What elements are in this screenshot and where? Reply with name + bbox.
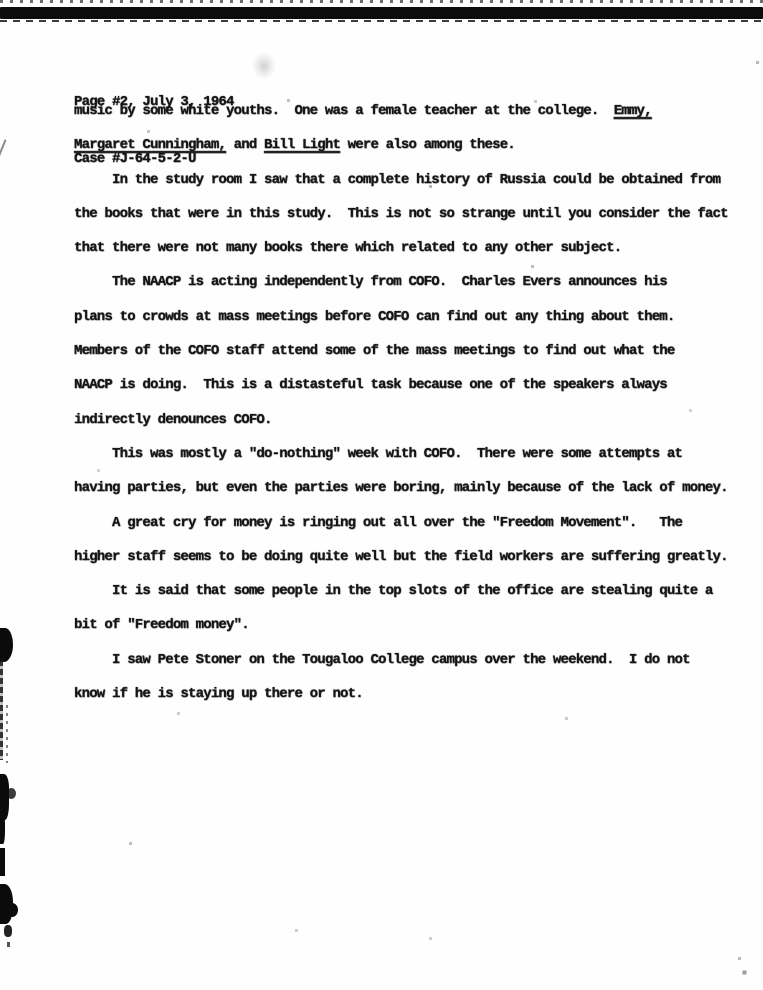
line-text: bit of "Freedom money". [74, 617, 249, 633]
scanned-document-page: Page #2, July 3, 1964 Case #J-64-5-2-U m… [0, 0, 763, 990]
paper-specks [0, 0, 1, 1]
line-text: that there were not many books there whi… [74, 240, 621, 256]
document-line: having parties, but even the parties wer… [74, 471, 754, 505]
line-text: Members of the COFO staff attend some of… [74, 343, 675, 359]
document-line: I saw Pete Stoner on the Tougaloo Colleg… [74, 643, 754, 677]
line-text: I saw Pete Stoner on the Tougaloo Colleg… [74, 652, 690, 668]
scan-left-edge-artifact [6, 903, 18, 917]
scan-left-edge-artifact [7, 942, 10, 947]
document-line: higher staff seems to be doing quite wel… [74, 540, 754, 574]
scan-left-edge-artifact [0, 660, 3, 760]
line-text: plans to crowds at mass meetings before … [74, 309, 675, 325]
line-text: and [226, 137, 264, 153]
pen-slash-mark [0, 139, 6, 157]
document-line: It is said that some people in the top s… [74, 574, 754, 608]
scan-top-edge-bar [0, 7, 763, 19]
line-text: were also among these. [340, 137, 515, 153]
underlined-name: Bill Light [264, 137, 340, 153]
line-text: The NAACP is acting independently from C… [74, 274, 667, 290]
line-text: the books that were in this study. This … [74, 206, 728, 222]
line-text: It is said that some people in the top s… [74, 583, 713, 599]
scan-left-edge-artifact [0, 628, 13, 662]
scan-left-edge-artifact [0, 812, 5, 844]
scan-left-edge-artifact [7, 788, 16, 799]
document-line: that there were not many books there whi… [74, 231, 754, 265]
line-text: indirectly denounces COFO. [74, 412, 272, 428]
scan-left-edge-artifact [0, 848, 5, 876]
document-body: music by some white youths. One was a fe… [74, 94, 754, 711]
scan-left-edge-artifact [4, 925, 12, 937]
line-text: In the study room I saw that a complete … [74, 172, 720, 188]
document-line: the books that were in this study. This … [74, 197, 754, 231]
document-line: The NAACP is acting independently from C… [74, 265, 754, 299]
line-text: NAACP is doing. This is a distasteful ta… [74, 377, 667, 393]
document-line: A great cry for money is ringing out all… [74, 506, 754, 540]
scan-top-edge-dots [0, 0, 763, 3]
underlined-name: Emmy, [614, 103, 652, 119]
document-line: know if he is staying up there or not. [74, 677, 754, 711]
document-line: In the study room I saw that a complete … [74, 163, 754, 197]
line-text: A great cry for money is ringing out all… [74, 515, 682, 531]
document-line: music by some white youths. One was a fe… [74, 94, 754, 128]
document-line: plans to crowds at mass meetings before … [74, 300, 754, 334]
line-text: music by some white youths. One was a fe… [74, 103, 614, 119]
document-line: NAACP is doing. This is a distasteful ta… [74, 368, 754, 402]
line-text: higher staff seems to be doing quite wel… [74, 549, 728, 565]
scan-left-edge-artifact [6, 705, 8, 763]
scan-top-edge-dash [0, 20, 763, 22]
document-line: bit of "Freedom money". [74, 608, 754, 642]
document-line: Margaret Cunningham, and Bill Light were… [74, 128, 754, 162]
document-line: This was mostly a "do-nothing" week with… [74, 437, 754, 471]
line-text: This was mostly a "do-nothing" week with… [74, 446, 682, 462]
underlined-name: Margaret Cunningham, [74, 137, 226, 153]
document-line: Members of the COFO staff attend some of… [74, 334, 754, 368]
ink-smudge [252, 52, 276, 80]
document-line: indirectly denounces COFO. [74, 403, 754, 437]
line-text: having parties, but even the parties wer… [74, 480, 728, 496]
line-text: know if he is staying up there or not. [74, 686, 363, 702]
